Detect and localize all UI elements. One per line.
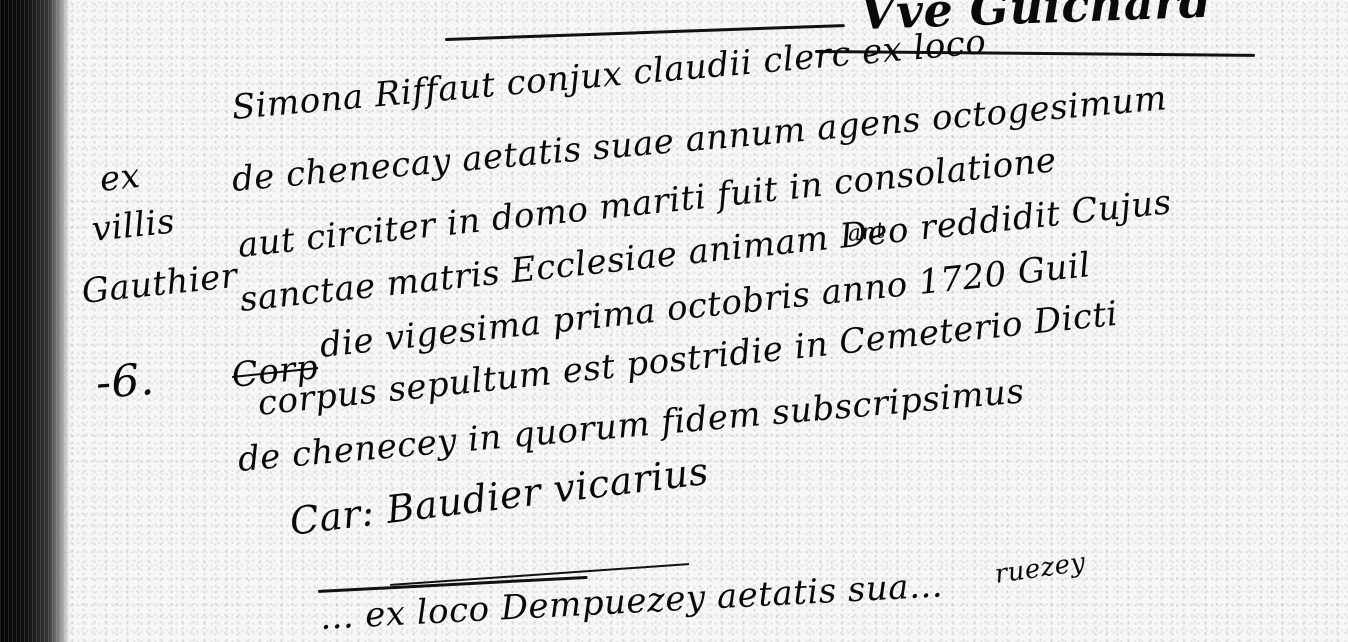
margin-note-gauthier: Gauthier	[80, 256, 239, 312]
header-rule-left	[445, 24, 845, 41]
scanned-page: Vve Guichard ex villis Gauthier -6. Simo…	[0, 0, 1348, 642]
margin-note-ex: ex	[98, 156, 142, 200]
next-entry-partial-line: ... ex loco Dempuezey aetatis sua...	[319, 565, 944, 638]
margin-note-villis: villis	[90, 201, 177, 249]
next-entry-superscript: ruezey	[993, 547, 1088, 589]
margin-note-number: -6.	[94, 354, 156, 409]
book-binding-shadow	[0, 0, 70, 642]
